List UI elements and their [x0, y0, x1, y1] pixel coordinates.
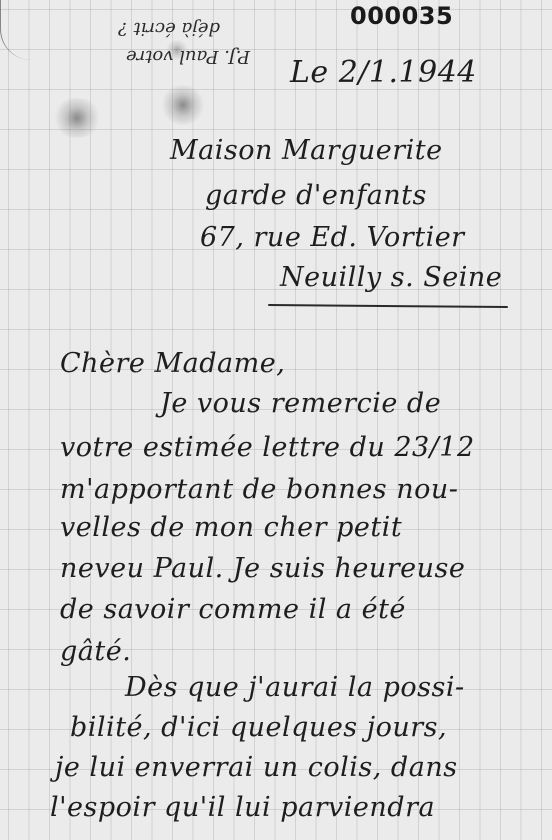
body-line: velles de mon cher petit — [60, 512, 402, 543]
body-line: votre estimée lettre du 23/12 — [60, 432, 475, 463]
body-line: gâté. — [60, 636, 131, 667]
body-line: neveu Paul. Je suis heureuse — [60, 553, 465, 584]
address-line: garde d'enfants — [205, 180, 427, 211]
address-underline — [268, 304, 508, 308]
address-line: 67, rue Ed. Vortier — [200, 222, 465, 253]
letter-page: 000035 P.J. Paul votre déjà écrit ? Le 2… — [0, 0, 552, 840]
body-line: Dès que j'aurai la possi- — [125, 672, 465, 703]
annotation-line: P.J. Paul votre — [0, 42, 260, 70]
ink-stain — [52, 98, 102, 138]
body-line: l'espoir qu'il lui parviendra — [50, 792, 435, 823]
address-line: Maison Marguerite — [170, 135, 443, 166]
body-line: de savoir comme il a été — [60, 594, 406, 625]
body-line: m'apportant de bonnes nou- — [60, 474, 458, 505]
archive-number: 000035 — [350, 2, 453, 30]
ink-stain — [160, 85, 206, 125]
address-line: Neuilly s. Seine — [280, 262, 502, 293]
body-line: bilité, d'ici quelques jours, — [70, 712, 447, 743]
salutation: Chère Madame, — [60, 348, 285, 379]
annotation-line: déjà écrit ? — [0, 14, 260, 42]
body-line: Je vous remercie de — [160, 388, 441, 419]
body-line: je lui enverrai un colis, dans — [55, 752, 458, 783]
date-line: Le 2/1.1944 — [290, 55, 477, 90]
upside-down-annotation: P.J. Paul votre déjà écrit ? — [0, 14, 260, 70]
